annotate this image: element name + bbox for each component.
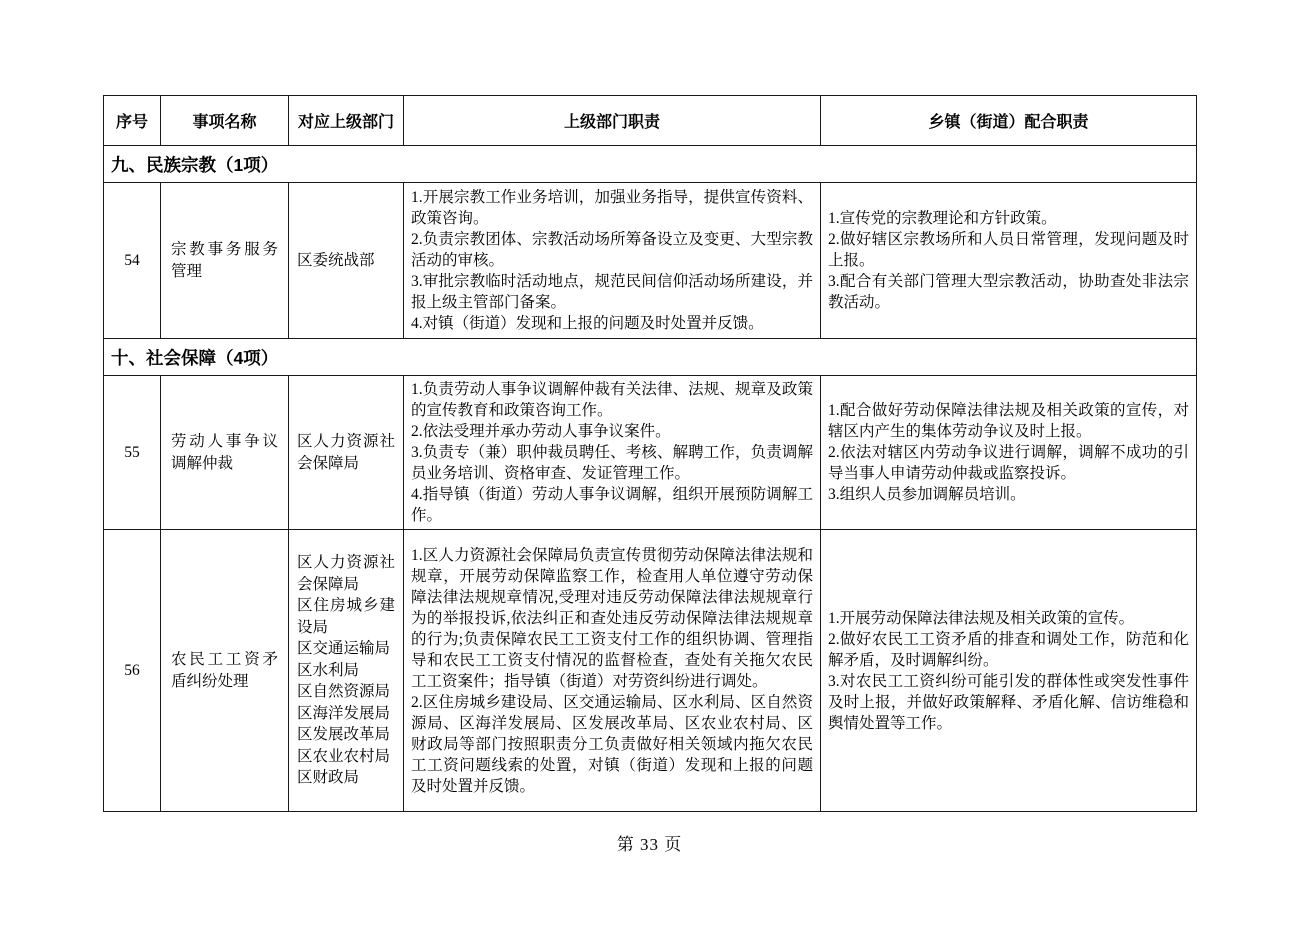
section-title: 十、社会保障（4项）: [104, 339, 1197, 376]
col-header-township-duties: 乡镇（街道）配合职责: [821, 96, 1197, 146]
row-number: 55: [104, 376, 161, 530]
superior-duties: 1.开展宗教工作业务培训，加强业务指导，提供宣传资料、政策咨询。 2.负责宗教团…: [404, 183, 821, 339]
col-header-serial-number: 序号: [104, 96, 161, 146]
table-header-row: 序号 事项名称 对应上级部门 上级部门职责 乡镇（街道）配合职责: [104, 96, 1197, 146]
item-name: 农民工工资矛盾纠纷处理: [161, 530, 289, 812]
table-row: 55 劳动人事争议调解仲裁 区人力资源社会保障局 1.负责劳动人事争议调解仲裁有…: [104, 376, 1197, 530]
row-number: 56: [104, 530, 161, 812]
col-header-superior-department: 对应上级部门: [289, 96, 404, 146]
superior-departments: 区人力资源社会保障局 区住房城乡建设局 区交通运输局 区水利局 区自然资源局 区…: [289, 530, 404, 812]
responsibility-table: 序号 事项名称 对应上级部门 上级部门职责 乡镇（街道）配合职责 九、民族宗教（…: [103, 95, 1197, 812]
superior-departments: 区人力资源社会保障局: [289, 376, 404, 530]
document-page: 序号 事项名称 对应上级部门 上级部门职责 乡镇（街道）配合职责 九、民族宗教（…: [0, 0, 1309, 926]
col-header-item-name: 事项名称: [161, 96, 289, 146]
table-row: 54 宗教事务服务管理 区委统战部 1.开展宗教工作业务培训，加强业务指导，提供…: [104, 183, 1197, 339]
superior-duties: 1.区人力资源社会保障局负责宣传贯彻劳动保障法律法规和规章，开展劳动保障监察工作…: [404, 530, 821, 812]
section-title: 九、民族宗教（1项）: [104, 146, 1197, 183]
superior-duties: 1.负责劳动人事争议调解仲裁有关法律、法规、规章及政策的宣传教育和政策咨询工作。…: [404, 376, 821, 530]
township-duties: 1.配合做好劳动保障法律法规及相关政策的宣传，对辖区内产生的集体劳动争议及时上报…: [821, 376, 1197, 530]
table-row: 56 农民工工资矛盾纠纷处理 区人力资源社会保障局 区住房城乡建设局 区交通运输…: [104, 530, 1197, 812]
township-duties: 1.开展劳动保障法律法规及相关政策的宣传。 2.做好农民工工资矛盾的排查和调处工…: [821, 530, 1197, 812]
page-number: 第 33 页: [103, 830, 1196, 855]
item-name: 宗教事务服务管理: [161, 183, 289, 339]
col-header-superior-duties: 上级部门职责: [404, 96, 821, 146]
superior-departments: 区委统战部: [289, 183, 404, 339]
section-row-religion: 九、民族宗教（1项）: [104, 146, 1197, 183]
township-duties: 1.宣传党的宗教理论和方针政策。 2.做好辖区宗教场所和人员日常管理，发现问题及…: [821, 183, 1197, 339]
row-number: 54: [104, 183, 161, 339]
item-name: 劳动人事争议调解仲裁: [161, 376, 289, 530]
section-row-social-security: 十、社会保障（4项）: [104, 339, 1197, 376]
